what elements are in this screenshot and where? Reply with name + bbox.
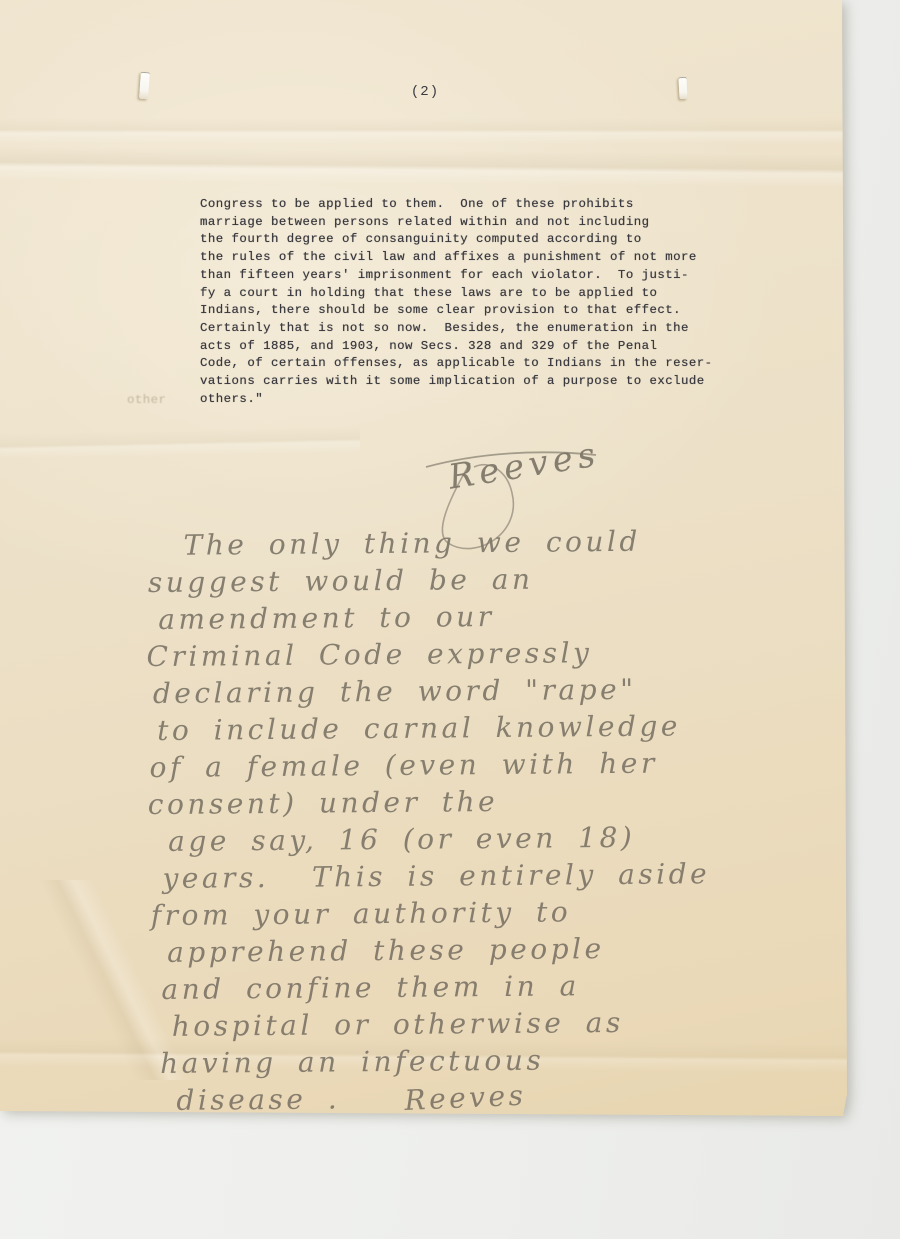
- paper-crease: [0, 146, 850, 187]
- handwritten-line: declaring the word "rape": [153, 669, 847, 712]
- handwritten-line: hospital or otherwise as: [172, 1002, 850, 1045]
- typed-line: marriage between persons related within …: [200, 214, 713, 232]
- typed-line: others.": [200, 391, 713, 409]
- handwritten-line: from your authority to: [151, 891, 849, 934]
- typed-line: than fifteen years' imprisonment for eac…: [200, 267, 713, 285]
- handwritten-note: The only thing we could suggest would be…: [145, 521, 850, 1119]
- handwritten-line: years. This is entirely aside: [162, 854, 848, 897]
- paper-wrapper: (2) Congress to be applied to them. One …: [0, 0, 900, 1239]
- handwritten-line: suggest would be an: [148, 558, 846, 601]
- typed-line: Indians, there should be some clear prov…: [200, 302, 713, 320]
- typed-line: vations carries with it some implication…: [200, 373, 713, 391]
- handwritten-signature-bottom: Reeves: [403, 1077, 526, 1119]
- handwritten-line: disease .Reeves: [176, 1076, 850, 1119]
- typed-line: the rules of the civil law and affixes a…: [200, 249, 713, 267]
- paper-crease: [0, 426, 360, 460]
- typed-line: Certainly that is not so now. Besides, t…: [200, 320, 713, 338]
- typed-line: Code, of certain offenses, as applicable…: [200, 355, 713, 373]
- handwritten-line: age say, 16 (or even 18): [168, 817, 848, 860]
- typed-line: Congress to be applied to them. One of t…: [200, 196, 713, 214]
- handwritten-line: Criminal Code expressly: [146, 632, 846, 675]
- page-number: (2): [0, 84, 850, 100]
- handwritten-line-text: disease .: [176, 1082, 340, 1116]
- typed-paragraph: Congress to be applied to them. One of t…: [200, 196, 713, 408]
- handwritten-line: to include carnal knowledge: [157, 706, 847, 749]
- handwritten-line: consent) under the: [148, 780, 848, 823]
- handwritten-line: and confine them in a: [161, 965, 849, 1008]
- ghost-imprint-text: other: [127, 393, 166, 407]
- paper-crease: [0, 118, 850, 144]
- handwritten-line: of a female (even with her: [149, 743, 847, 786]
- paper-sheet: (2) Congress to be applied to them. One …: [0, 0, 850, 1116]
- handwritten-line: amendment to our: [158, 595, 846, 638]
- handwritten-line: apprehend these people: [167, 928, 849, 971]
- typed-line: acts of 1885, and 1903, now Secs. 328 an…: [200, 338, 713, 356]
- handwritten-line: having an infectuous: [160, 1039, 850, 1082]
- handwritten-line: The only thing we could: [183, 521, 845, 564]
- typed-line: the fourth degree of consanguinity compu…: [200, 231, 713, 249]
- typed-line: fy a court in holding that these laws ar…: [200, 285, 713, 303]
